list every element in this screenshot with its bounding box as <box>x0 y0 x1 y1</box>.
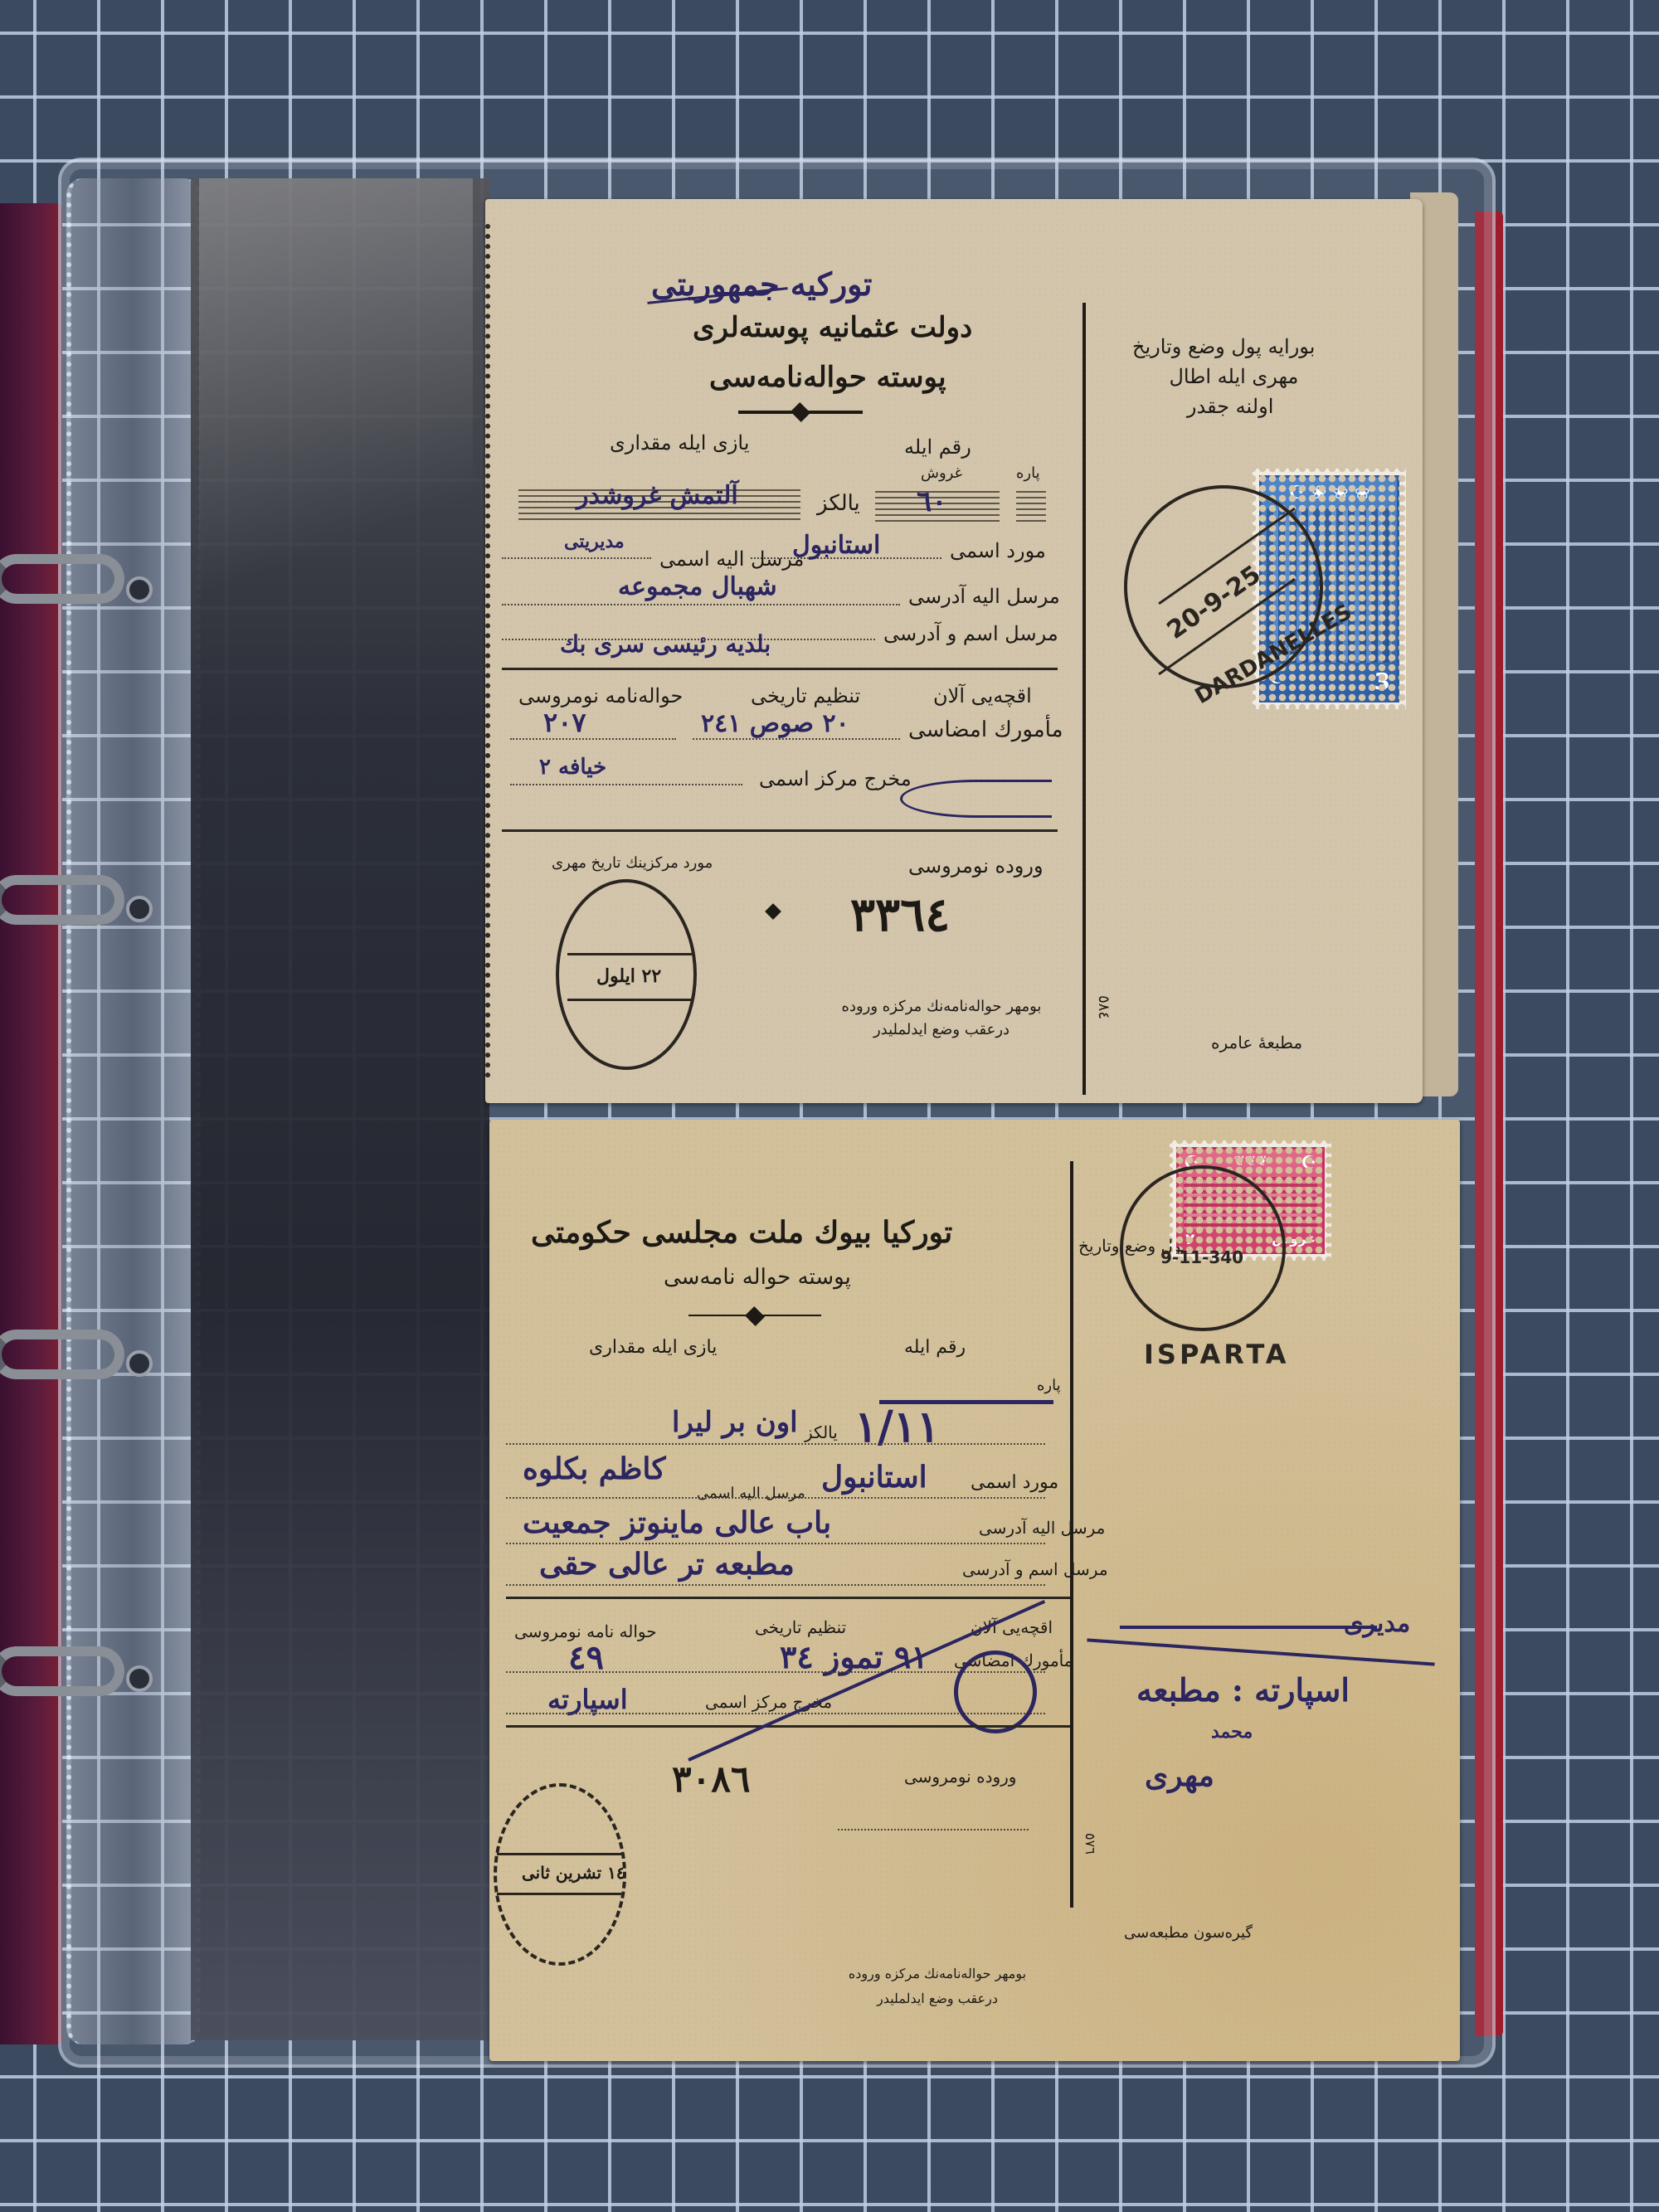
instruction-line: مهرى ايله اطال <box>1132 362 1315 391</box>
card-title: پوسته حواله نامه‌سى <box>664 1265 851 1290</box>
section-rule <box>502 668 1058 670</box>
dotted-line <box>502 557 651 559</box>
binder-ring[interactable] <box>0 1646 124 1696</box>
amount-written-label: يازى ايله مقدارى <box>589 1337 717 1358</box>
origin-office-value: اسپارته <box>547 1684 628 1715</box>
amount-written-value: اون بر ليرا <box>672 1406 798 1439</box>
row-label: مورد اسمى <box>971 1472 1058 1493</box>
issue-date-value: ٩١ تموز ٣٤ <box>780 1638 928 1675</box>
row-value: استانبول <box>792 531 880 560</box>
card-title: پوسته حواله‌نامه‌سى <box>709 361 946 394</box>
amount-kurus-value: ٦٠ <box>917 485 947 518</box>
handwritten-rule <box>1120 1626 1377 1629</box>
instruction-line: اولنه جقدر <box>1132 391 1315 421</box>
section-rule <box>506 1725 1070 1728</box>
dispatch-postmark: 20-9-25 DARDANELLES <box>1124 485 1323 688</box>
printer-name: مطبعهٔ عامره <box>1211 1033 1302 1053</box>
dotted-line <box>506 1497 1045 1499</box>
origin-office-label: مخرج مركز اسمى <box>759 767 912 790</box>
row-value: شهبال مجموعه <box>618 572 777 601</box>
arrival-postmark: ١٤ تشرين ثانى <box>494 1783 626 1966</box>
vertical-divider <box>1070 1161 1073 1908</box>
arrival-number-label: وروده نومروسى <box>904 1767 1016 1787</box>
para-box <box>1016 491 1046 523</box>
money-order-card-1: توركيه جمهوريتى دولت عثمانيه پوسته‌لرى پ… <box>485 199 1423 1103</box>
stamp-crescent: ☪ <box>1301 1153 1317 1174</box>
handwritten-right-line: مهرى <box>1145 1758 1214 1793</box>
vertical-divider <box>1082 303 1086 1095</box>
postmark-place: ISPARTA <box>1144 1339 1290 1370</box>
order-number-value: ٢٠٧ <box>543 707 586 738</box>
official-signature <box>900 780 1052 818</box>
punch-hole <box>126 1665 153 1692</box>
postmark-date: 20-9-25 <box>1162 560 1267 645</box>
dotted-line <box>506 1584 1045 1586</box>
arrival-number-value: ٣٣٦٤ <box>850 887 950 942</box>
stamp-denomination: 3 <box>1374 668 1390 695</box>
glare <box>199 178 473 676</box>
issue-header: تنظيم تاريخى <box>751 684 860 707</box>
card-header: دولت عثمانيه پوسته‌لرى <box>693 311 972 344</box>
row-label: مرسل اسم و آدرسى <box>962 1559 1108 1579</box>
row-label: مورد اسمى <box>950 539 1046 562</box>
money-order-card-2: توركيا بيوك ملت مجلسى حكومتى پوسته حواله… <box>489 1120 1460 2061</box>
right-instruction: بورايه پول وضع وتاريخ مهرى ايله اطال اول… <box>1132 332 1315 421</box>
arrival-postmark: ٢٢ ايلول <box>556 879 697 1070</box>
row-label: مرسل اليه آدرسى <box>979 1518 1105 1538</box>
dispatch-postmark: 9-11-340 ISPARTA <box>1120 1165 1286 1331</box>
amount-written-value: آلتمش غروشدر <box>577 481 738 510</box>
dotted-line <box>506 1543 1045 1544</box>
binder-cover <box>0 203 62 2044</box>
dot-mark <box>765 903 781 920</box>
row-label: مرسل اليه اسمى <box>697 1485 805 1502</box>
amount-written-label: يازى ايله مقدارى <box>610 431 749 455</box>
dotted-line <box>838 1829 1029 1830</box>
instruction-line: بورايه پول وضع وتاريخ <box>1132 332 1315 362</box>
stamp-ornament: ❦❦❦ <box>1233 1153 1267 1174</box>
kurus-label: غروش <box>921 464 962 482</box>
binder-ring[interactable] <box>0 1330 124 1379</box>
issue-header: اقچه‌يى آلان <box>933 684 1032 707</box>
row-label: مرسل اليه آدرسى <box>908 585 1060 608</box>
row-value: مديريتى <box>564 531 625 552</box>
row-value: كاظم بكلوه <box>523 1451 666 1486</box>
arrival-postmark-date: ٢٢ ايلول <box>596 965 661 987</box>
punch-hole <box>126 896 153 922</box>
amount-numeric-label: رقم ايله <box>904 1337 966 1358</box>
yalniz-label: يالكز <box>817 491 860 516</box>
amount-numeric-label: رقم ايله <box>904 435 971 459</box>
postmark-bar <box>567 999 692 1001</box>
print-code: ٥٨٤ <box>1095 995 1112 1019</box>
ornament-divider <box>738 411 863 414</box>
postmark-date: 9-11-340 <box>1160 1247 1243 1267</box>
issue-header: حواله‌نامه نومروسى <box>518 684 683 707</box>
issue-header: تنظيم تاريخى <box>755 1617 846 1637</box>
row-value: مطبعه تر عالى حقى <box>539 1547 795 1582</box>
arrival-postmark-label: مورد مركزينك تاريخ مهرى <box>552 854 713 872</box>
print-code: ٥٧٦ <box>1082 1833 1098 1855</box>
para-label: پاره <box>1016 464 1040 482</box>
dotted-line <box>506 1443 1045 1445</box>
arrival-number-value: ٣٠٨٦ <box>672 1758 751 1801</box>
printer-name: گيره‌سون مطبعه‌سى <box>1124 1924 1253 1942</box>
punch-hole <box>126 1350 153 1377</box>
binder-ring[interactable] <box>0 875 124 925</box>
postmark-bar <box>497 1893 621 1895</box>
dotted-line <box>510 738 676 740</box>
handwritten-right-line: محمد <box>1211 1721 1253 1743</box>
binder-ring[interactable] <box>0 554 124 604</box>
dotted-line <box>510 784 742 785</box>
official-signature-label: مأمورك امضاسى <box>908 717 1063 742</box>
arrival-postmark-date: ١٤ تشرين ثانى <box>522 1863 625 1883</box>
section-rule <box>506 1597 1070 1599</box>
card-header: توركيا بيوك ملت مجلسى حكومتى <box>531 1215 952 1250</box>
perforation <box>485 224 502 1078</box>
yalniz-label: يالكز <box>805 1422 838 1442</box>
handwritten-right-line: اسپارته : مطبعه <box>1136 1671 1350 1709</box>
row-label: مرسل اليه اسمى <box>659 547 804 571</box>
sleeve-binding-strip <box>66 178 201 2044</box>
ornament-divider <box>688 1315 821 1316</box>
postmark-bar <box>497 1853 621 1855</box>
row-value: استانبول <box>821 1460 927 1495</box>
dotted-line <box>502 604 900 605</box>
section-rule <box>502 829 1058 832</box>
note-text: بومهر حواله‌نامه‌نك مركزه وروده درعقب وض… <box>838 1962 1037 2011</box>
dotted-line <box>693 738 900 740</box>
note-text: بومهر حواله‌نامه‌نك مركزه وروده درعقب وض… <box>821 995 1062 1042</box>
row-value: بلديه رئيسى سرى بك <box>560 630 771 658</box>
arrival-number-label: وروده نومروسى <box>908 854 1044 878</box>
para-label: پاره <box>1037 1377 1061 1394</box>
handwritten-rule <box>1087 1638 1434 1665</box>
row-value: باب عالى ماينوتز جمعيت <box>523 1505 831 1540</box>
postmark-bar <box>567 953 692 955</box>
row-label: مرسل اسم و آدرسى <box>883 622 1058 645</box>
official-signature <box>954 1650 1037 1733</box>
issue-date-value: ٢٠ صوص ٢٤١ <box>701 709 849 738</box>
punch-hole <box>126 576 153 603</box>
handwritten-right-line: مديرى <box>1344 1609 1410 1638</box>
origin-office-value: خيافه ٢ <box>539 755 606 780</box>
